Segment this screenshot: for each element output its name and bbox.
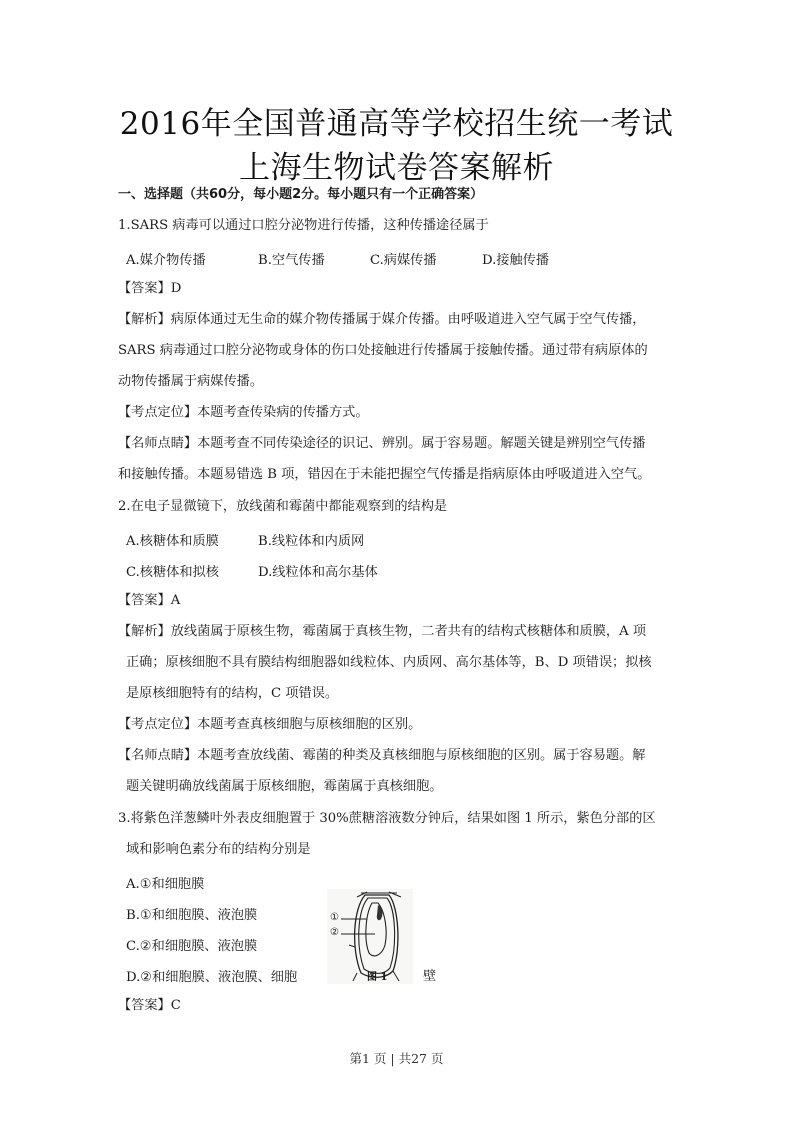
- question-2-option-a: A.核糖体和质膜: [126, 530, 219, 549]
- question-2-analysis-line-2: 正确；原核细胞不具有膜结构细胞器如线粒体、内质网、高尔基体等，B、D 项错误；拟…: [126, 655, 652, 671]
- question-3-stem-line-2: 域和影响色素分布的结构分别是: [126, 842, 311, 858]
- question-2-option-d: D.线粒体和高尔基体: [258, 561, 378, 580]
- question-2-stem: 2.在电子显微镜下，放线菌和霉菌中都能观察到的结构是: [118, 499, 447, 515]
- question-2-analysis-line-1: 【解析】放线菌属于原核生物，霉菌属于真核生物，二者共有的结构式核糖体和质膜，A …: [118, 624, 646, 640]
- question-1-option-d: D.接触传播: [482, 249, 549, 268]
- question-1-key-point: 【考点定位】本题考查传染病的传播方式。: [118, 405, 369, 421]
- question-1-option-a: A.媒介物传播: [126, 249, 206, 268]
- question-3-answer: 【答案】C: [118, 998, 181, 1014]
- question-3-option-b: B.①和细胞膜、液泡膜: [126, 904, 257, 923]
- question-1-option-c: C.病媒传播: [370, 249, 437, 268]
- question-1-analysis-line-3: 动物传播属于病媒传播。: [118, 374, 263, 390]
- section-heading: 一、选择题（共60分，每小题2分。每小题只有一个正确答案）: [118, 187, 483, 203]
- figure-1-caption: 图 1: [367, 968, 387, 983]
- question-3-stem-line-1: 3.将紫色洋葱鳞叶外表皮细胞置于 30%蔗糖溶液数分钟后，结果如图 1 所示，紫…: [118, 811, 656, 827]
- question-2-teacher-note-line-2: 题关键明确放线菌属于原核细胞，霉菌属于真核细胞。: [126, 779, 443, 795]
- document-title-line-2: 上海生物试卷答案解析: [0, 142, 793, 187]
- question-1-answer: 【答案】D: [118, 281, 181, 297]
- page-footer: 第1 页 | 共27 页: [0, 1049, 793, 1067]
- question-1-option-b: B.空气传播: [258, 249, 325, 268]
- figure-1-label-2: ②: [330, 927, 339, 938]
- question-2-option-c: C.核糖体和拟核: [126, 561, 219, 580]
- figure-1-label-1: ①: [330, 912, 339, 923]
- question-2-analysis-line-3: 是原核细胞特有的结构，C 项错误。: [126, 686, 338, 702]
- question-3-option-a: A.①和细胞膜: [126, 873, 204, 892]
- question-2-key-point: 【考点定位】本题考查真核细胞与原核细胞的区别。: [118, 717, 421, 733]
- question-1-analysis-line-2: SARS 病毒通过口腔分泌物或身体的伤口处接触进行传播属于接触传播。通过带有病原…: [118, 343, 648, 359]
- question-1-teacher-note-line-1: 【名师点睛】本题考查不同传染途径的识记、辨别。属于容易题。解题关键是辨别空气传播: [118, 436, 646, 452]
- question-2-answer: 【答案】A: [118, 593, 180, 609]
- question-1-teacher-note-line-2: 和接触传播。本题易错选 B 项，错因在于未能把握空气传播是指病原体由呼吸道进入空…: [118, 467, 650, 483]
- question-3-option-d: D.②和细胞膜、液泡膜、细胞: [126, 966, 297, 985]
- document-title-line-1: 2016年全国普通高等学校招生统一考试: [0, 98, 793, 143]
- question-3-option-c: C.②和细胞膜、液泡膜: [126, 935, 257, 954]
- figure-1-cell-diagram: ① ② 图 1: [327, 889, 413, 984]
- question-2-option-b: B.线粒体和内质网: [258, 530, 364, 549]
- question-1-analysis-line-1: 【解析】病原体通过无生命的媒介物传播属于媒介传播。由呼吸道进入空气属于空气传播，: [118, 312, 646, 328]
- question-2-teacher-note-line-1: 【名师点睛】本题考查放线菌、霉菌的种类及真核细胞与原核细胞的区别。属于容易题。解: [118, 748, 646, 764]
- question-3-option-d-tail: 壁: [423, 965, 436, 984]
- question-1-stem: 1.SARS 病毒可以通过口腔分泌物进行传播，这种传播途径属于: [118, 218, 489, 234]
